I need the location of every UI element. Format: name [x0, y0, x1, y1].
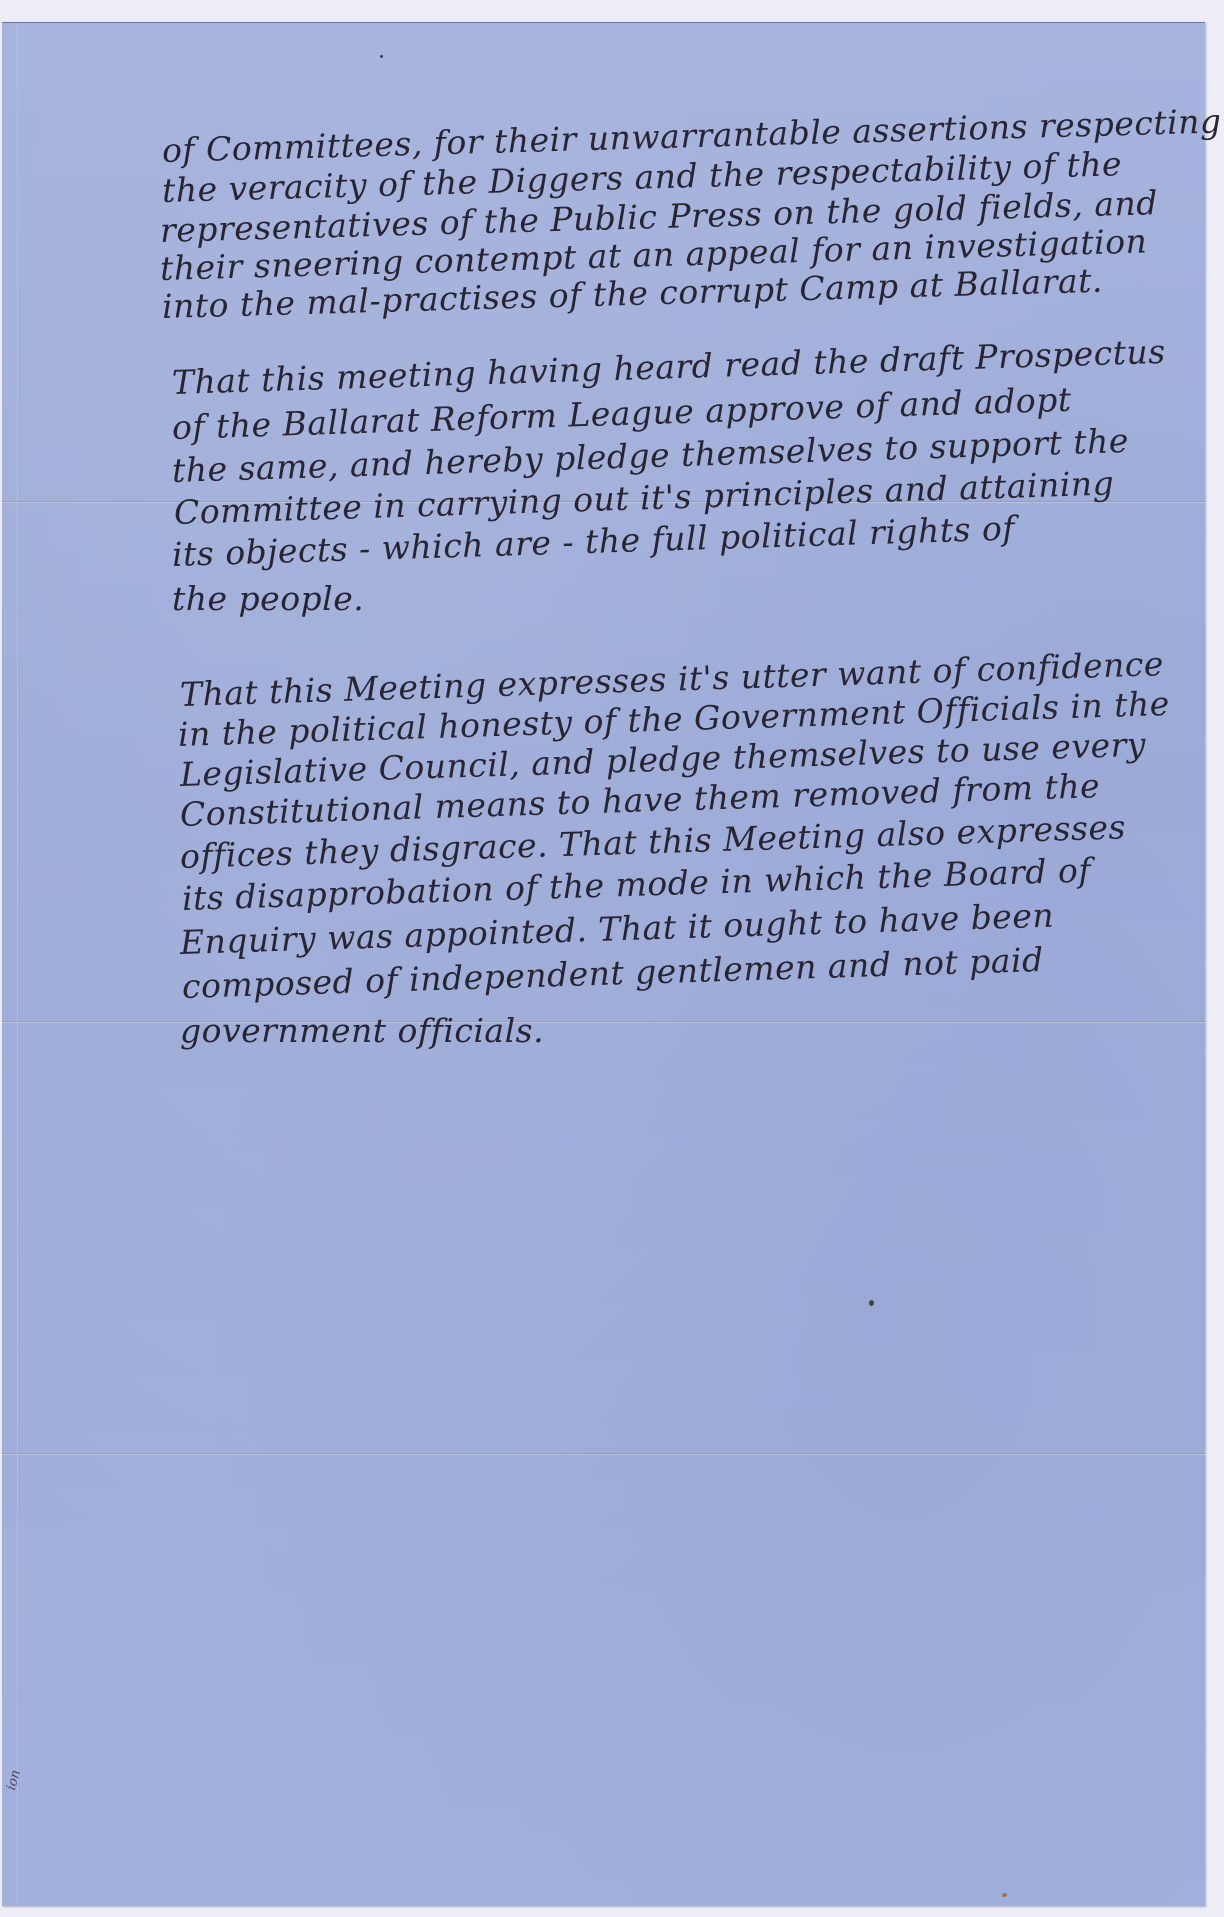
ink-spot: [869, 1300, 874, 1306]
text-line: the people.: [172, 579, 364, 618]
manuscript-page: ion of Committees, for their unwarrantab…: [2, 22, 1205, 1906]
ink-speck: [380, 55, 383, 58]
horizontal-fold-line-lower: [2, 1453, 1205, 1455]
margin-mark: ion: [4, 1768, 24, 1792]
stain-spot: [1002, 1893, 1007, 1897]
text-line: government officials.: [180, 1011, 544, 1050]
vertical-fold-line: [17, 23, 19, 1906]
